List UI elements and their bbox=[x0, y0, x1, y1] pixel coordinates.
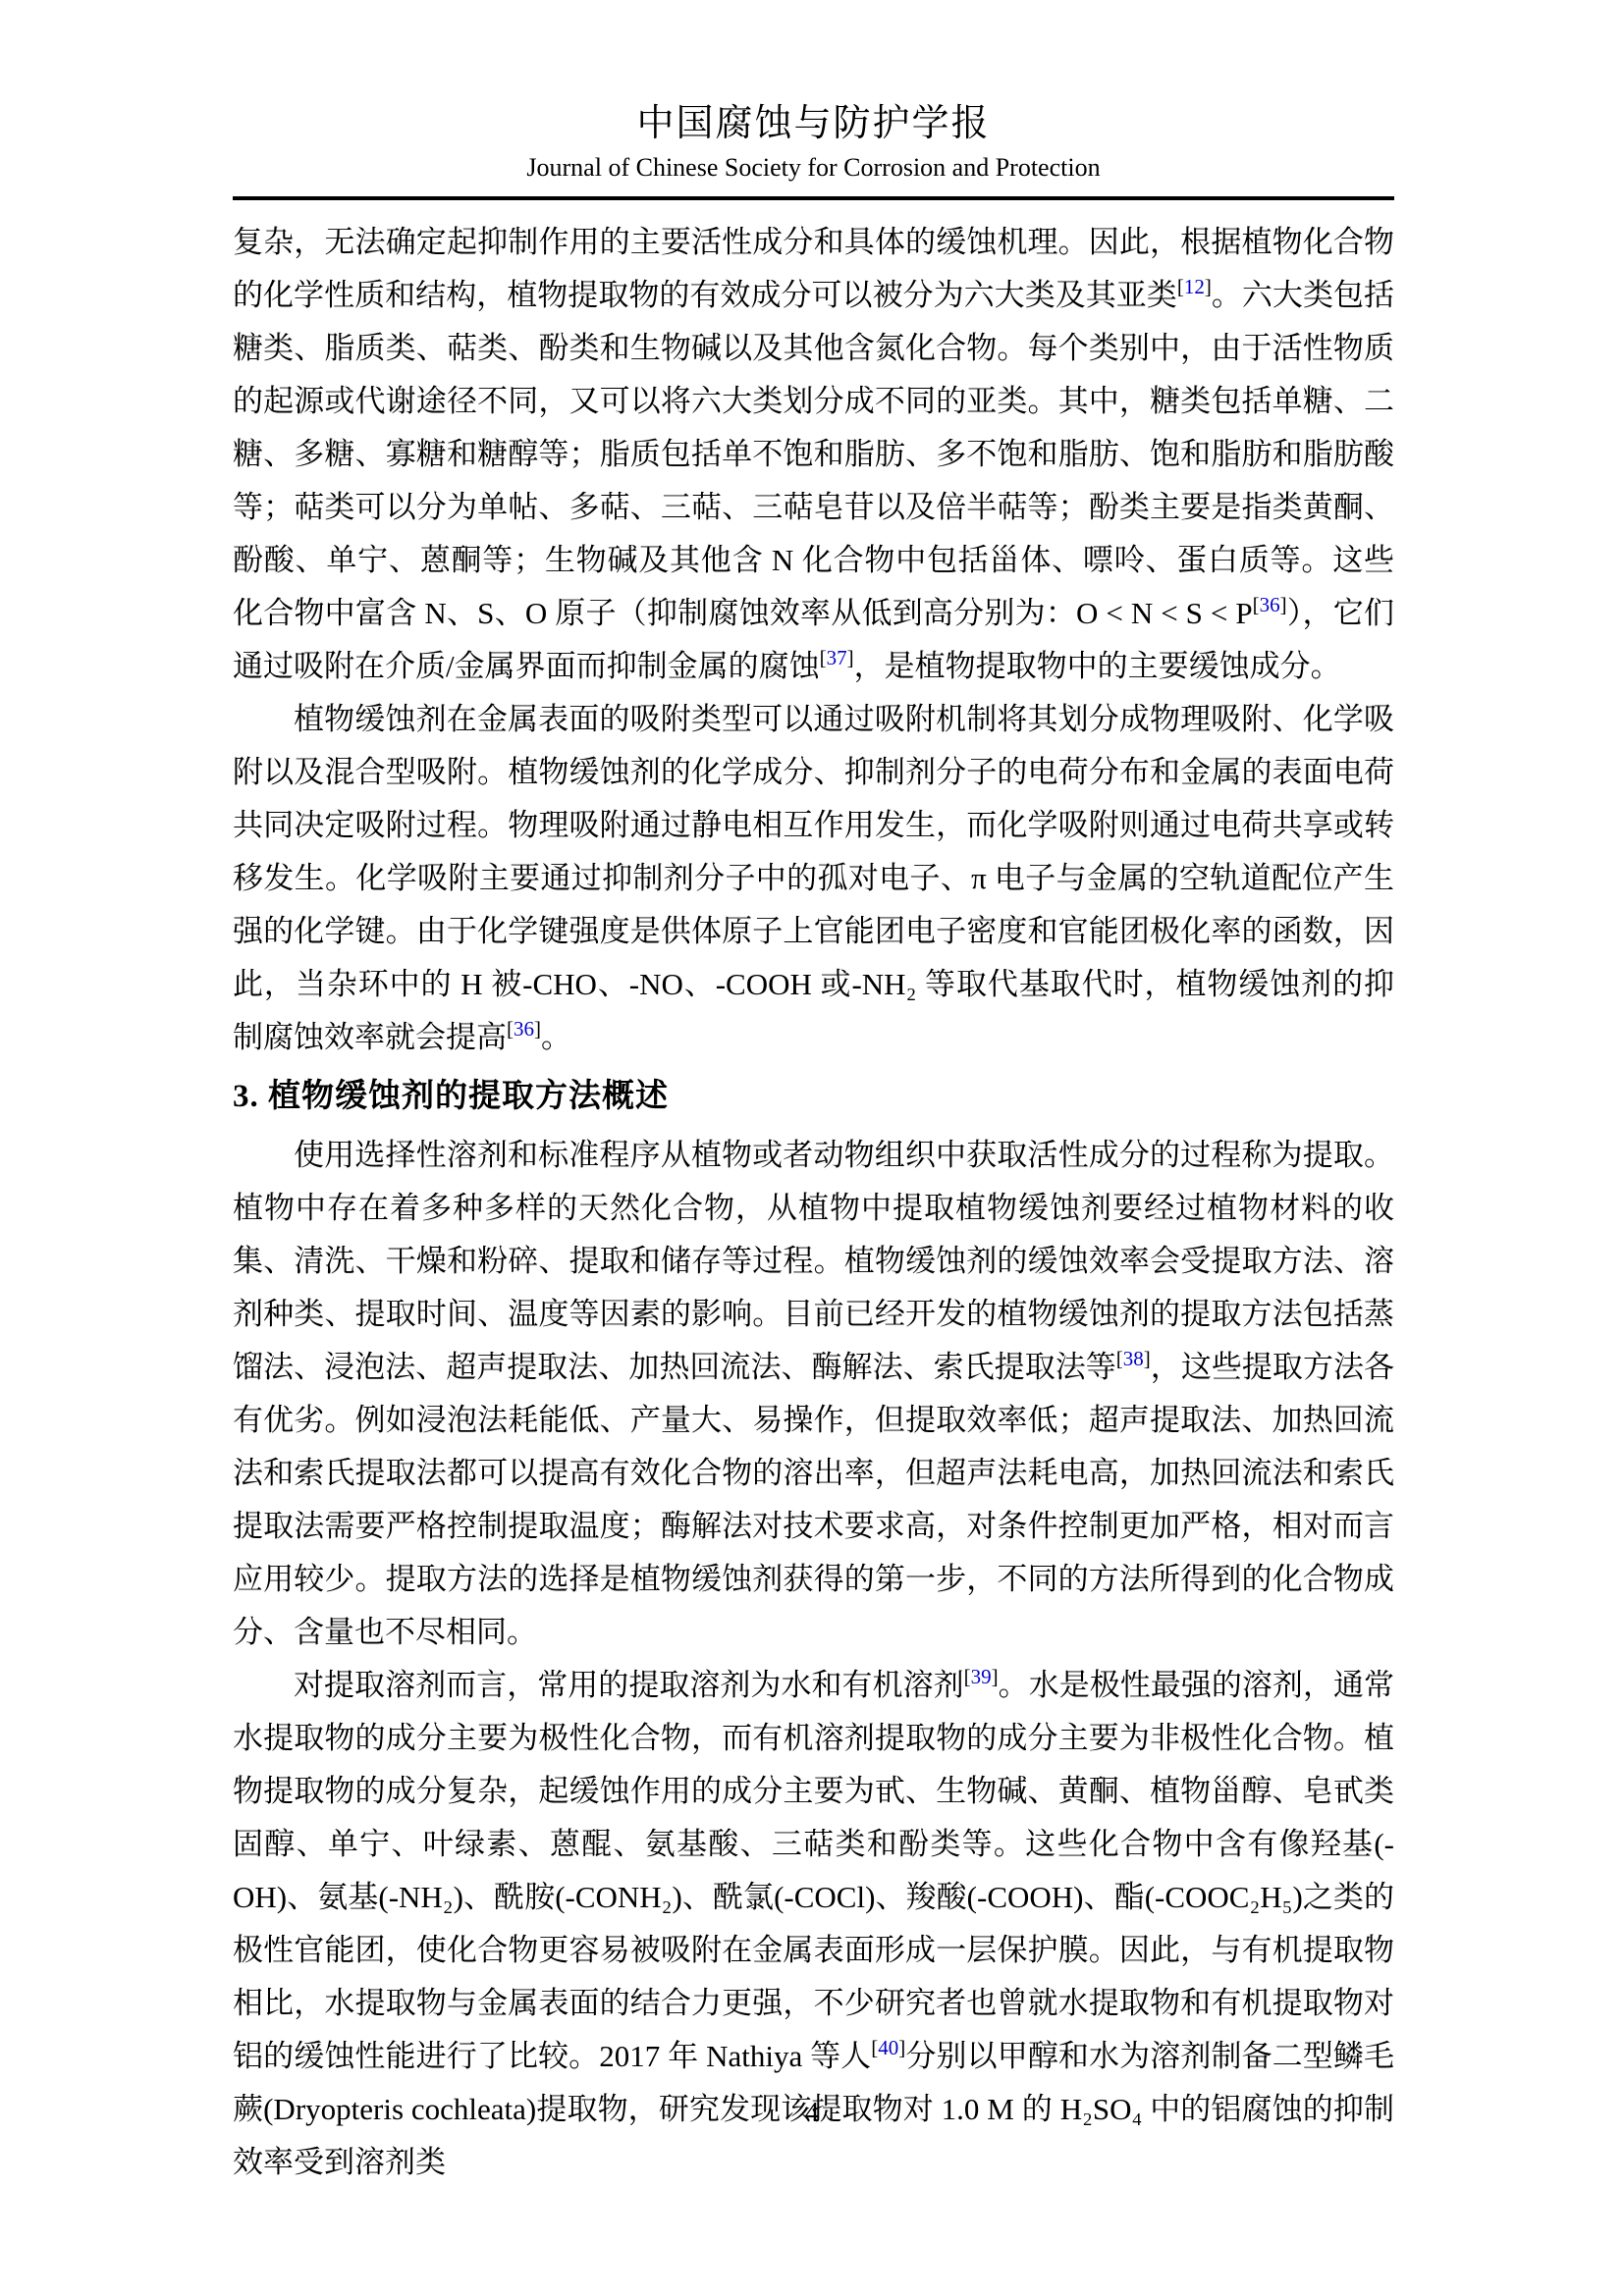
page-body: 复杂，无法确定起抑制作用的主要活性成分和具体的缓蚀机理。因此，根据植物化合物的化… bbox=[233, 216, 1394, 2189]
reference-link[interactable]: 36 bbox=[514, 1017, 534, 1041]
reference-marker: [12] bbox=[1177, 275, 1212, 298]
reference-marker: [37] bbox=[820, 646, 854, 669]
reference-marker: [39] bbox=[964, 1665, 999, 1688]
page-header: 中国腐蚀与防护学报 Journal of Chinese Society for… bbox=[233, 102, 1394, 200]
reference-link[interactable]: 39 bbox=[971, 1665, 992, 1688]
reference-link[interactable]: 37 bbox=[827, 646, 847, 669]
reference-marker: [40] bbox=[871, 2036, 905, 2059]
document-page: 中国腐蚀与防护学报 Journal of Chinese Society for… bbox=[0, 0, 1624, 2296]
reference-marker: [36] bbox=[507, 1017, 541, 1041]
reference-link[interactable]: 36 bbox=[1260, 593, 1280, 616]
page-number: 4 bbox=[805, 2097, 820, 2128]
page-footer: 4 bbox=[0, 2093, 1624, 2132]
body-paragraph: 植物缓蚀剂在金属表面的吸附类型可以通过吸附机制将其划分成物理吸附、化学吸附以及混… bbox=[233, 693, 1394, 1064]
reference-link[interactable]: 12 bbox=[1184, 275, 1205, 298]
body-paragraph: 使用选择性溶剂和标准程序从植物或者动物组织中获取活性成分的过程称为提取。植物中存… bbox=[233, 1129, 1394, 1659]
journal-title-cn: 中国腐蚀与防护学报 bbox=[233, 102, 1394, 145]
section-heading: 3. 植物缓蚀剂的提取方法概述 bbox=[233, 1064, 1394, 1129]
body-paragraph: 复杂，无法确定起抑制作用的主要活性成分和具体的缓蚀机理。因此，根据植物化合物的化… bbox=[233, 216, 1394, 693]
reference-link[interactable]: 40 bbox=[878, 2036, 898, 2059]
header-rule bbox=[233, 196, 1394, 200]
reference-link[interactable]: 38 bbox=[1123, 1347, 1144, 1370]
reference-marker: [36] bbox=[1253, 593, 1287, 616]
reference-marker: [38] bbox=[1116, 1347, 1151, 1370]
journal-title-en: Journal of Chinese Society for Corrosion… bbox=[233, 151, 1394, 185]
